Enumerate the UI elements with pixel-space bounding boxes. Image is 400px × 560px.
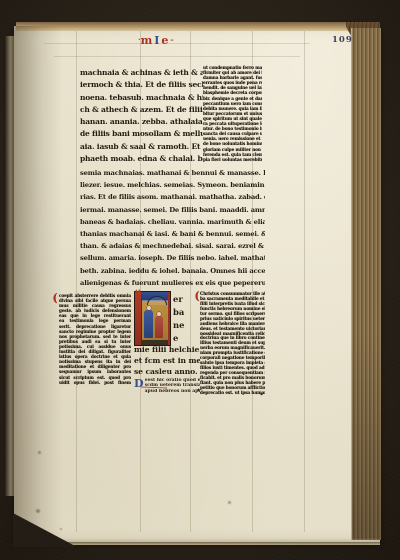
text-line: sequamur ipsum laborantes bbox=[59, 369, 131, 374]
header-letter: m bbox=[141, 34, 155, 47]
text-line: iermai. manasse. semei. De filiis bani. … bbox=[80, 204, 265, 216]
text-line: serit. deprecatione ligaretur bbox=[59, 324, 131, 329]
text-line: peccantium uero iam conscientie bbox=[203, 101, 262, 106]
text-line: aia. iasub & saal & ramoth. Et de filiis bbox=[80, 141, 203, 153]
text-line: de filiis bani mosollam & melluch. ad bbox=[80, 128, 203, 140]
text-line: than. & adaias & mechnedebai. sisai. sar… bbox=[80, 240, 265, 252]
ruling-line-vertical bbox=[76, 31, 77, 532]
marginal-note: D eest hic oratio quod estscdm ueterem t… bbox=[134, 378, 200, 394]
text-line: phaeth moab. edna & chalal. banaias & bbox=[80, 153, 203, 165]
text-line: semia machnaias. mathanai & bennui & man… bbox=[80, 167, 265, 179]
text-line: blasphemie decreta corporali ba bbox=[203, 90, 262, 95]
text-line: deprecatio est. ut ipsa humanitas bbox=[200, 390, 265, 395]
text-line: hanan. anania. zebba. athalaia. Et bbox=[80, 116, 203, 128]
photo-background: ·mIe– 109 machnaia & achinas & ieth & al… bbox=[0, 0, 400, 560]
text-line: deus. et testamento uictoriam ac bbox=[200, 326, 265, 331]
text-line: et fcm est in men bbox=[134, 356, 200, 367]
bottom-left-gloss-column: coepit absterrere debitis omniadivina si… bbox=[59, 293, 131, 385]
full-width-text: semia machnaias. mathanai & bennui & man… bbox=[80, 167, 265, 289]
fore-edge-page-stack bbox=[351, 28, 381, 540]
line-filler-ornament: ◆ bbox=[197, 388, 200, 392]
right-gloss-column: ut condempnatio ferro magistrafirmiter q… bbox=[203, 65, 262, 162]
manuscript-page: ·mIe– 109 machnaia & achinas & ieth & al… bbox=[14, 26, 380, 542]
header-letter: e bbox=[161, 34, 170, 47]
running-header: ·mIe– bbox=[126, 32, 186, 49]
text-line: uidit opus fidei. post finem bbox=[59, 380, 131, 385]
text-line: gloriam culpe militer non dif bbox=[203, 147, 262, 152]
text-line: e bbox=[173, 332, 199, 345]
text-line: pia fieri uoluntas merebitur bbox=[203, 157, 262, 162]
folio-number: 109 bbox=[332, 35, 353, 45]
text-line: beth. zabina. ieddu & iohel. banaia. Omn… bbox=[80, 265, 265, 277]
left-text-column: machnaia & achinas & ieth & aloth &iermo… bbox=[80, 67, 203, 165]
miniature-tower bbox=[135, 292, 142, 345]
text-line: ch & athech & azem. Et de filiis bebai i… bbox=[80, 104, 203, 116]
end-ornament: ◆ bbox=[260, 392, 263, 396]
text-line: baneas & badaias. cheliau. vannia. marim… bbox=[80, 216, 265, 228]
text-line: audiens hebraice illa maniere bbox=[200, 321, 265, 326]
bottom-right-gloss-column: Christus consummator ille atque uerba sa… bbox=[200, 291, 265, 395]
running-header-letters: mIe bbox=[141, 34, 171, 47]
text-line: ea testimonia lege perman bbox=[59, 318, 131, 323]
text-line: iermoch & thia. Et de filiis sechnia se bbox=[80, 79, 203, 91]
note-initial-d: D bbox=[134, 378, 144, 390]
text-line: liezer. iesue. melchias. semeias. Symeon… bbox=[80, 179, 265, 191]
parchment-spot bbox=[60, 528, 62, 530]
miniature-figure-red bbox=[155, 316, 163, 338]
text-line: ba bbox=[173, 306, 199, 319]
text-line: noena. tebasub. machnaia & hierim bbox=[80, 92, 203, 104]
text-line: de bone uoluntatis hominum ad bbox=[203, 141, 262, 146]
incipit-display-lines: mie filii helchie.et fcm est in mense ca… bbox=[134, 345, 200, 377]
text-line: rias. Et de filiis asom. mathanai. matha… bbox=[80, 191, 265, 203]
gutter-shadow bbox=[14, 26, 76, 542]
text-line: prius uaticinio spiritus ueteris bbox=[200, 316, 265, 321]
text-line: ferenda est. quia tam clemens bbox=[203, 152, 262, 157]
text-line: sellum. amaria. ioseph. De filiis nebo. … bbox=[80, 252, 265, 264]
text-line: mie filii helchie. bbox=[134, 345, 200, 356]
miniature-figure-blue bbox=[144, 310, 153, 338]
text-line: sancto regimine propter legem bbox=[59, 329, 131, 334]
miniature-right-frame bbox=[168, 292, 170, 345]
parchment-spot bbox=[38, 451, 41, 454]
paragraph-mark-red: ( bbox=[194, 290, 199, 301]
parchment-spot bbox=[228, 501, 231, 504]
paragraph-mark-red: ( bbox=[52, 292, 57, 303]
text-line: se casleu anno. xx. bbox=[134, 367, 200, 378]
text-line: ne bbox=[173, 319, 199, 332]
parchment-spot bbox=[36, 509, 40, 513]
text-line: bir. denique a gente et dampna bbox=[203, 96, 262, 101]
header-flourish-right: – bbox=[170, 35, 174, 44]
text-line: thanias machanai & iasi. & bani & bennui… bbox=[80, 228, 265, 240]
text-line: sicut scriptum est. quod pro bbox=[59, 375, 131, 380]
text-line: tur sermo. qui filios scripserunt bbox=[200, 311, 265, 316]
text-line: alienigenas & fuerunt mulieres ex eis qu… bbox=[80, 277, 265, 289]
ruling-line-horizontal bbox=[54, 56, 300, 57]
historiated-initial-miniature bbox=[134, 291, 171, 346]
text-line: machnaia & achinas & ieth & aloth & bbox=[80, 67, 203, 79]
ruling-line-vertical bbox=[304, 31, 305, 532]
